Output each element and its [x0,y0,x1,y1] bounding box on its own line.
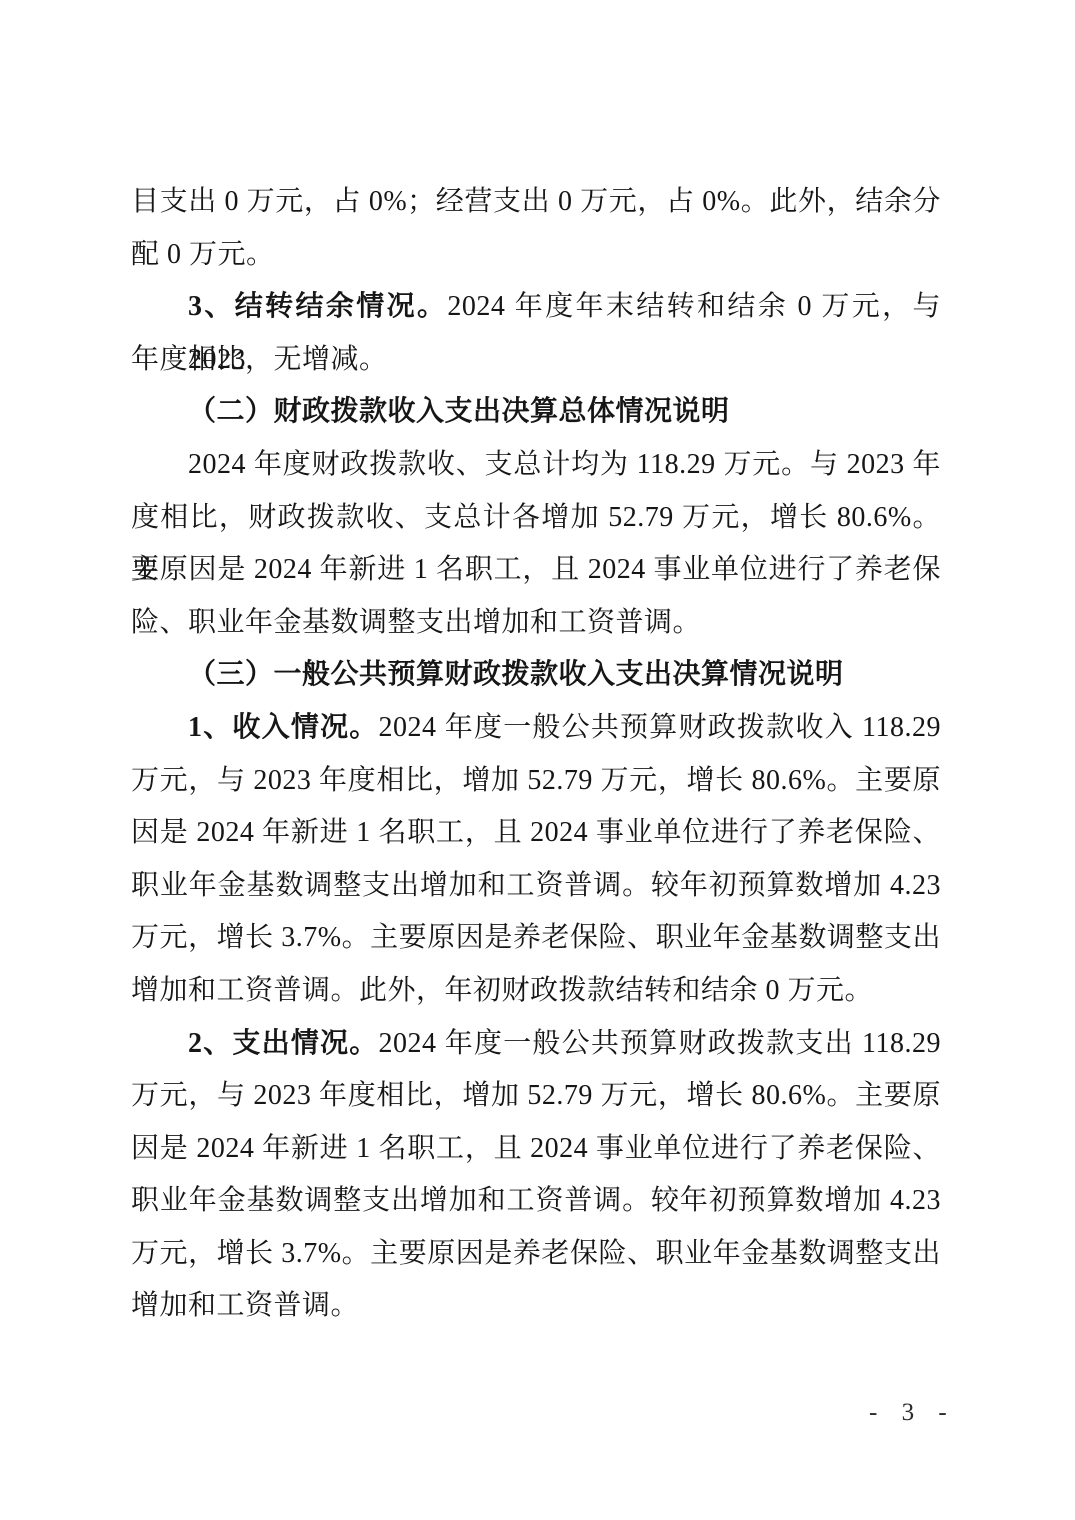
doc-line-text: 要原因是 2024 年新进 1 名职工，且 2024 事业单位进行了养老保 [131,554,941,585]
doc-line-heading-income: 1、收入情况。2024 年度一般公共预算财政拨款收入 118.29 [131,702,941,755]
doc-line: 度相比，财政拨款收、支总计各增加 52.79 万元，增长 80.6%。主 [131,492,941,545]
doc-line-heading-expenditure: 2、支出情况。2024 年度一般公共预算财政拨款支出 118.29 [131,1018,941,1071]
document-page: 目支出 0 万元，占 0%；经营支出 0 万元，占 0%。此外，结余分 配 0 … [0,0,1075,1520]
doc-line-text: 因是 2024 年新进 1 名职工，且 2024 事业单位进行了养老保险、 [131,1133,941,1164]
doc-line-bold: （二）财政拨款收入支出决算总体情况说明 [188,396,730,427]
doc-line-text: 因是 2024 年新进 1 名职工，且 2024 事业单位进行了养老保险、 [131,817,941,848]
doc-line-text: 万元，增长 3.7%。主要原因是养老保险、职业年金基数调整支出 [131,1238,941,1269]
doc-line-text: 2024 年度一般公共预算财政拨款收入 118.29 [379,712,941,743]
doc-line: 万元，增长 3.7%。主要原因是养老保险、职业年金基数调整支出 [131,1228,941,1281]
doc-line-bold: 1、收入情况。 [188,712,379,743]
doc-section-heading-2: （二）财政拨款收入支出决算总体情况说明 [131,386,941,439]
doc-line: 万元，增长 3.7%。主要原因是养老保险、职业年金基数调整支出 [131,912,941,965]
doc-line-text: 2024 年度一般公共预算财政拨款支出 118.29 [379,1028,941,1059]
doc-line-text: 万元，增长 3.7%。主要原因是养老保险、职业年金基数调整支出 [131,922,941,953]
doc-line: 2024 年度财政拨款收、支总计均为 118.29 万元。与 2023 年 [131,439,941,492]
doc-line-bold: （三）一般公共预算财政拨款收入支出决算情况说明 [188,659,844,690]
doc-line-text: 目支出 0 万元，占 0%；经营支出 0 万元，占 0%。此外，结余分 [131,186,941,217]
doc-line-text: 增加和工资普调。此外，年初财政拨款结转和结余 0 万元。 [131,975,873,1006]
doc-line-text: 年度相比，无增减。 [131,344,388,375]
document-body: 目支出 0 万元，占 0%；经营支出 0 万元，占 0%。此外，结余分 配 0 … [131,176,941,1333]
doc-line: 要原因是 2024 年新进 1 名职工，且 2024 事业单位进行了养老保 [131,544,941,597]
doc-line-text: 万元，与 2023 年度相比，增加 52.79 万元，增长 80.6%。主要原 [131,765,941,796]
doc-line: 万元，与 2023 年度相比，增加 52.79 万元，增长 80.6%。主要原 [131,1070,941,1123]
doc-line: 增加和工资普调。 [131,1280,941,1333]
doc-line: 配 0 万元。 [131,229,941,282]
doc-line-text: 万元，与 2023 年度相比，增加 52.79 万元，增长 80.6%。主要原 [131,1080,941,1111]
doc-line: 目支出 0 万元，占 0%；经营支出 0 万元，占 0%。此外，结余分 [131,176,941,229]
doc-line-text: 险、职业年金基数调整支出增加和工资普调。 [131,607,701,638]
doc-section-heading-3: （三）一般公共预算财政拨款收入支出决算情况说明 [131,649,941,702]
doc-line: 因是 2024 年新进 1 名职工，且 2024 事业单位进行了养老保险、 [131,1123,941,1176]
doc-line-text: 增加和工资普调。 [131,1290,359,1321]
page-number: - 3 - [869,1399,956,1427]
doc-line-text: 职业年金基数调整支出增加和工资普调。较年初预算数增加 4.23 [131,870,941,901]
doc-line-text: 2024 年度财政拨款收、支总计均为 118.29 万元。与 2023 年 [188,449,941,480]
doc-line: 万元，与 2023 年度相比，增加 52.79 万元，增长 80.6%。主要原 [131,755,941,808]
doc-line: 职业年金基数调整支出增加和工资普调。较年初预算数增加 4.23 [131,860,941,913]
doc-line: 增加和工资普调。此外，年初财政拨款结转和结余 0 万元。 [131,965,941,1018]
doc-line-bold: 3、结转结余情况。 [188,291,447,322]
doc-line-text: 配 0 万元。 [131,239,275,270]
doc-line: 因是 2024 年新进 1 名职工，且 2024 事业单位进行了养老保险、 [131,807,941,860]
doc-line: 职业年金基数调整支出增加和工资普调。较年初预算数增加 4.23 [131,1175,941,1228]
doc-line-heading-3: 3、结转结余情况。2024 年度年末结转和结余 0 万元，与 2023 [131,281,941,334]
doc-line: 年度相比，无增减。 [131,334,941,387]
doc-line-bold: 2、支出情况。 [188,1028,379,1059]
doc-line: 险、职业年金基数调整支出增加和工资普调。 [131,597,941,650]
doc-line-text: 职业年金基数调整支出增加和工资普调。较年初预算数增加 4.23 [131,1185,941,1216]
